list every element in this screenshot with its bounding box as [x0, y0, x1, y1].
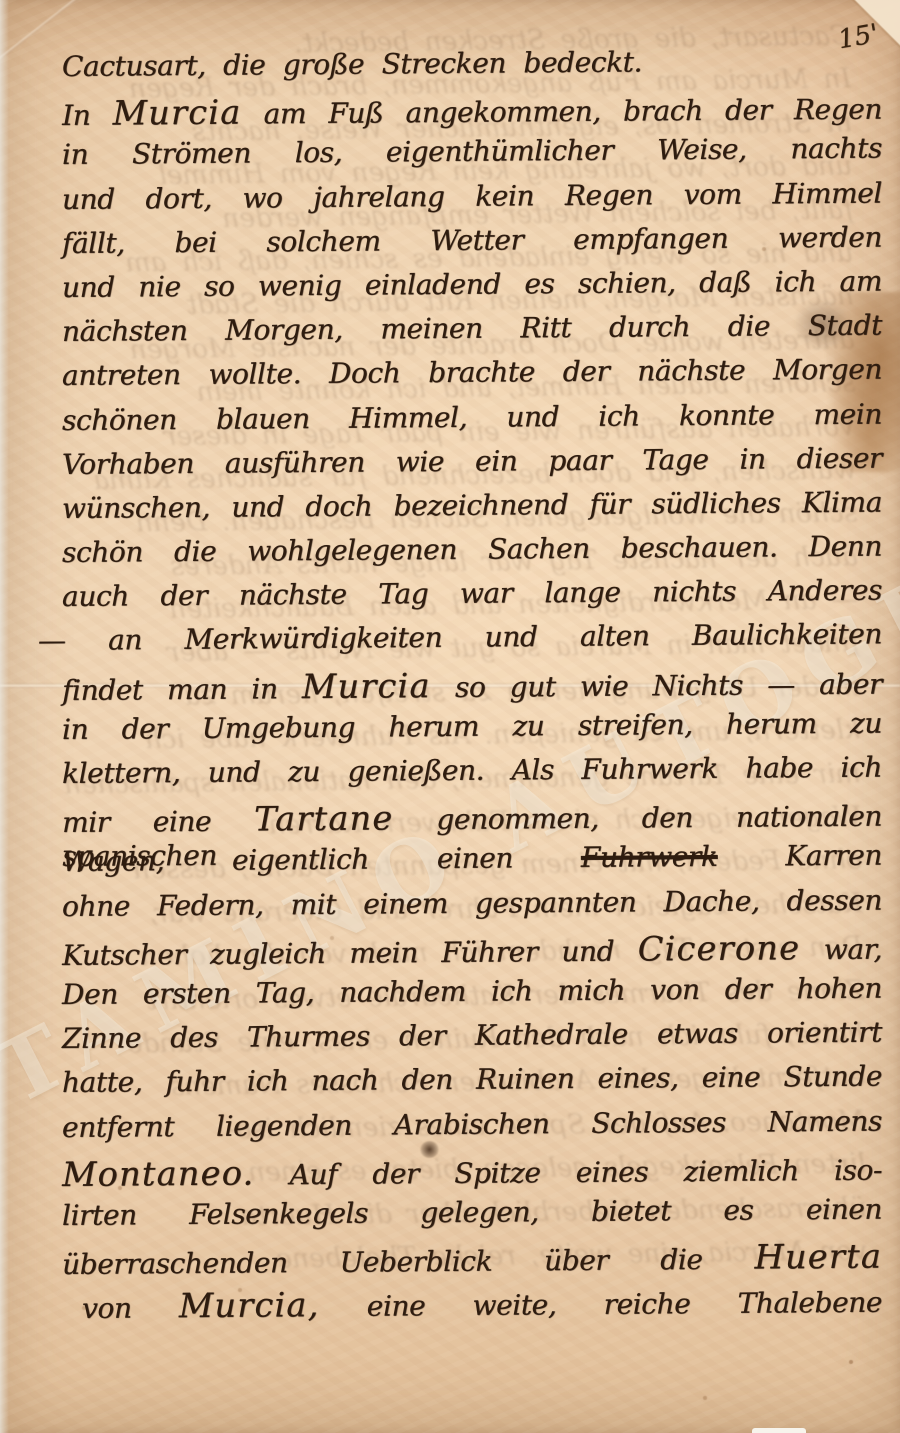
handwriting-segment: In: [62, 99, 113, 132]
handwriting-segment: antreten wollte. Doch brachte der nächst…: [62, 353, 882, 392]
handwriting-segment: in Strömen los, eigenthümlicher Weise, n…: [62, 132, 882, 171]
manuscript-line: entfernt liegenden Arabischen Schlosses …: [62, 1104, 882, 1155]
manuscript-line: auch der nächste Tag war lange nichts An…: [62, 574, 882, 625]
manuscript-line: Wagen, eigentlich einen Fuhrwerk Karren: [62, 839, 882, 890]
handwriting-segment: Karren: [717, 839, 882, 873]
manuscript-line: Kutscher zugleich mein Führer und Cicero…: [62, 927, 882, 978]
handwriting-segment: Cicerone: [637, 928, 800, 968]
manuscript-line: Den ersten Tag, nachdem ich mich von der…: [62, 971, 882, 1022]
manuscript-line: findet man in Murcia so gut wie Nichts —…: [62, 662, 882, 713]
manuscript-line: hatte, fuhr ich nach den Ruinen eines, e…: [62, 1060, 882, 1111]
manuscript-text: Cactusart, die große Strecken bedeckt.In…: [62, 50, 882, 1331]
handwriting-segment: Kutscher zugleich mein Führer und: [62, 934, 638, 972]
handwriting-segment: überraschenden Ueberblick über die: [62, 1243, 755, 1281]
manuscript-line: und nie so wenig einladend es schien, da…: [62, 264, 882, 315]
handwriting-segment: und nie so wenig einladend es schien, da…: [62, 264, 882, 303]
handwriting-segment: Huerta: [754, 1237, 882, 1277]
handwriting-segment: Tartane: [254, 799, 394, 839]
handwriting-segment: Murcia,: [179, 1285, 320, 1325]
manuscript-line: klettern, und zu genießen. Als Fuhrwerk …: [62, 751, 882, 802]
handwriting-segment: Murcia: [112, 93, 241, 133]
manuscript-line: In Murcia am Fuß angekommen, brach der R…: [62, 88, 882, 139]
left-scan-edge: [0, 0, 9, 1433]
handwriting-segment: schönen blauen Himmel, und ich konnte me…: [62, 397, 882, 436]
manuscript-line: — an Merkwürdigkeiten und alten Baulichk…: [38, 618, 882, 669]
handwriting-segment: auch der nächste Tag war lange nichts An…: [62, 574, 882, 613]
handwriting-segment: lirten Felsenkegels gelegen, bietet es e…: [62, 1192, 882, 1231]
handwriting-segment: war,: [800, 932, 882, 966]
manuscript-line: mir eine Tartane genommen, den nationale…: [62, 795, 882, 846]
manuscript-line: und dort, wo jahrelang kein Regen vom Hi…: [62, 176, 882, 227]
handwriting-segment: — an Merkwürdigkeiten und alten Baulichk…: [38, 618, 882, 658]
handwriting-segment: Vorhaben ausführen wie ein paar Tage in …: [62, 441, 882, 480]
manuscript-line: ohne Federn, mit einem gespannten Dache,…: [62, 883, 882, 934]
manuscript-line: fällt, bei solchem Wetter empfangen werd…: [62, 220, 882, 271]
manuscript-line: nächsten Morgen, meinen Ritt durch die S…: [62, 309, 882, 360]
manuscript-line: überraschenden Ueberblick über die Huert…: [62, 1237, 882, 1288]
manuscript-line: Cactusart, die große Strecken bedeckt.: [62, 45, 642, 94]
handwriting-segment: hatte, fuhr ich nach den Ruinen eines, e…: [62, 1060, 882, 1099]
handwriting-segment: ohne Federn, mit einem gespannten Dache,…: [62, 883, 882, 922]
handwriting-segment: Montaneo.: [62, 1153, 255, 1194]
handwriting-segment: mir eine: [62, 805, 254, 840]
handwriting-segment: nächsten Morgen, meinen Ritt durch die S…: [62, 309, 882, 348]
handwriting-segment: Auf der Spitze eines ziemlich iso-: [254, 1153, 882, 1191]
handwriting-segment: schön die wohlgelegenen Sachen beschauen…: [62, 530, 882, 569]
manuscript-line: lirten Felsenkegels gelegen, bietet es e…: [62, 1192, 882, 1243]
handwriting-segment: so gut wie Nichts — aber: [430, 667, 882, 704]
manuscript-line: schönen blauen Himmel, und ich konnte me…: [62, 397, 882, 448]
handwriting-segment: findet man in: [62, 672, 302, 707]
handwriting-segment: fällt, bei solchem Wetter empfangen werd…: [62, 220, 882, 259]
handwriting-segment: eine weite, reiche Thalebene: [319, 1286, 882, 1323]
handwriting-segment: am Fuß angekommen, brach der Regen: [241, 93, 882, 131]
scanned-page: Cactusart, die große Strecken bedeckt.In…: [0, 0, 900, 1433]
bottom-scan-sliver: [752, 1428, 806, 1433]
handwriting-segment: Murcia: [302, 666, 431, 706]
manuscript-line: Montaneo. Auf der Spitze eines ziemlich …: [62, 1148, 882, 1199]
handwriting-segment: und dort, wo jahrelang kein Regen vom Hi…: [62, 176, 882, 215]
handwriting-segment: Zinne des Thurmes der Kathedrale etwas o…: [62, 1016, 882, 1055]
manuscript-line: in Strömen los, eigenthümlicher Weise, n…: [62, 132, 882, 183]
manuscript-line: schön die wohlgelegenen Sachen beschauen…: [62, 530, 882, 581]
handwriting-segment: Den ersten Tag, nachdem ich mich von der…: [62, 971, 882, 1010]
manuscript-line: Vorhaben ausführen wie ein paar Tage in …: [62, 441, 882, 492]
handwriting-segment: Wagen, eigentlich einen: [62, 841, 581, 878]
handwriting-segment: von: [82, 1291, 179, 1325]
handwriting-segment: Cactusart, die große Strecken bedeckt.: [62, 45, 642, 83]
handwriting-segment: in der Umgebung herum zu streifen, herum…: [62, 706, 882, 745]
manuscript-line: in der Umgebung herum zu streifen, herum…: [62, 706, 882, 757]
manuscript-line: Zinne des Thurmes der Kathedrale etwas o…: [62, 1016, 882, 1067]
manuscript-line: wünschen, und doch bezeichnend für südli…: [62, 485, 882, 536]
manuscript-line: von Murcia, eine weite, reiche Thalebene: [82, 1281, 882, 1331]
handwriting-segment: wünschen, und doch bezeichnend für südli…: [62, 485, 882, 524]
struck-word: Fuhrwerk: [581, 840, 718, 874]
handwriting-segment: entfernt liegenden Arabischen Schlosses …: [62, 1104, 882, 1143]
manuscript-line: antreten wollte. Doch brachte der nächst…: [62, 353, 882, 404]
handwriting-segment: klettern, und zu genießen. Als Fuhrwerk …: [62, 751, 882, 790]
